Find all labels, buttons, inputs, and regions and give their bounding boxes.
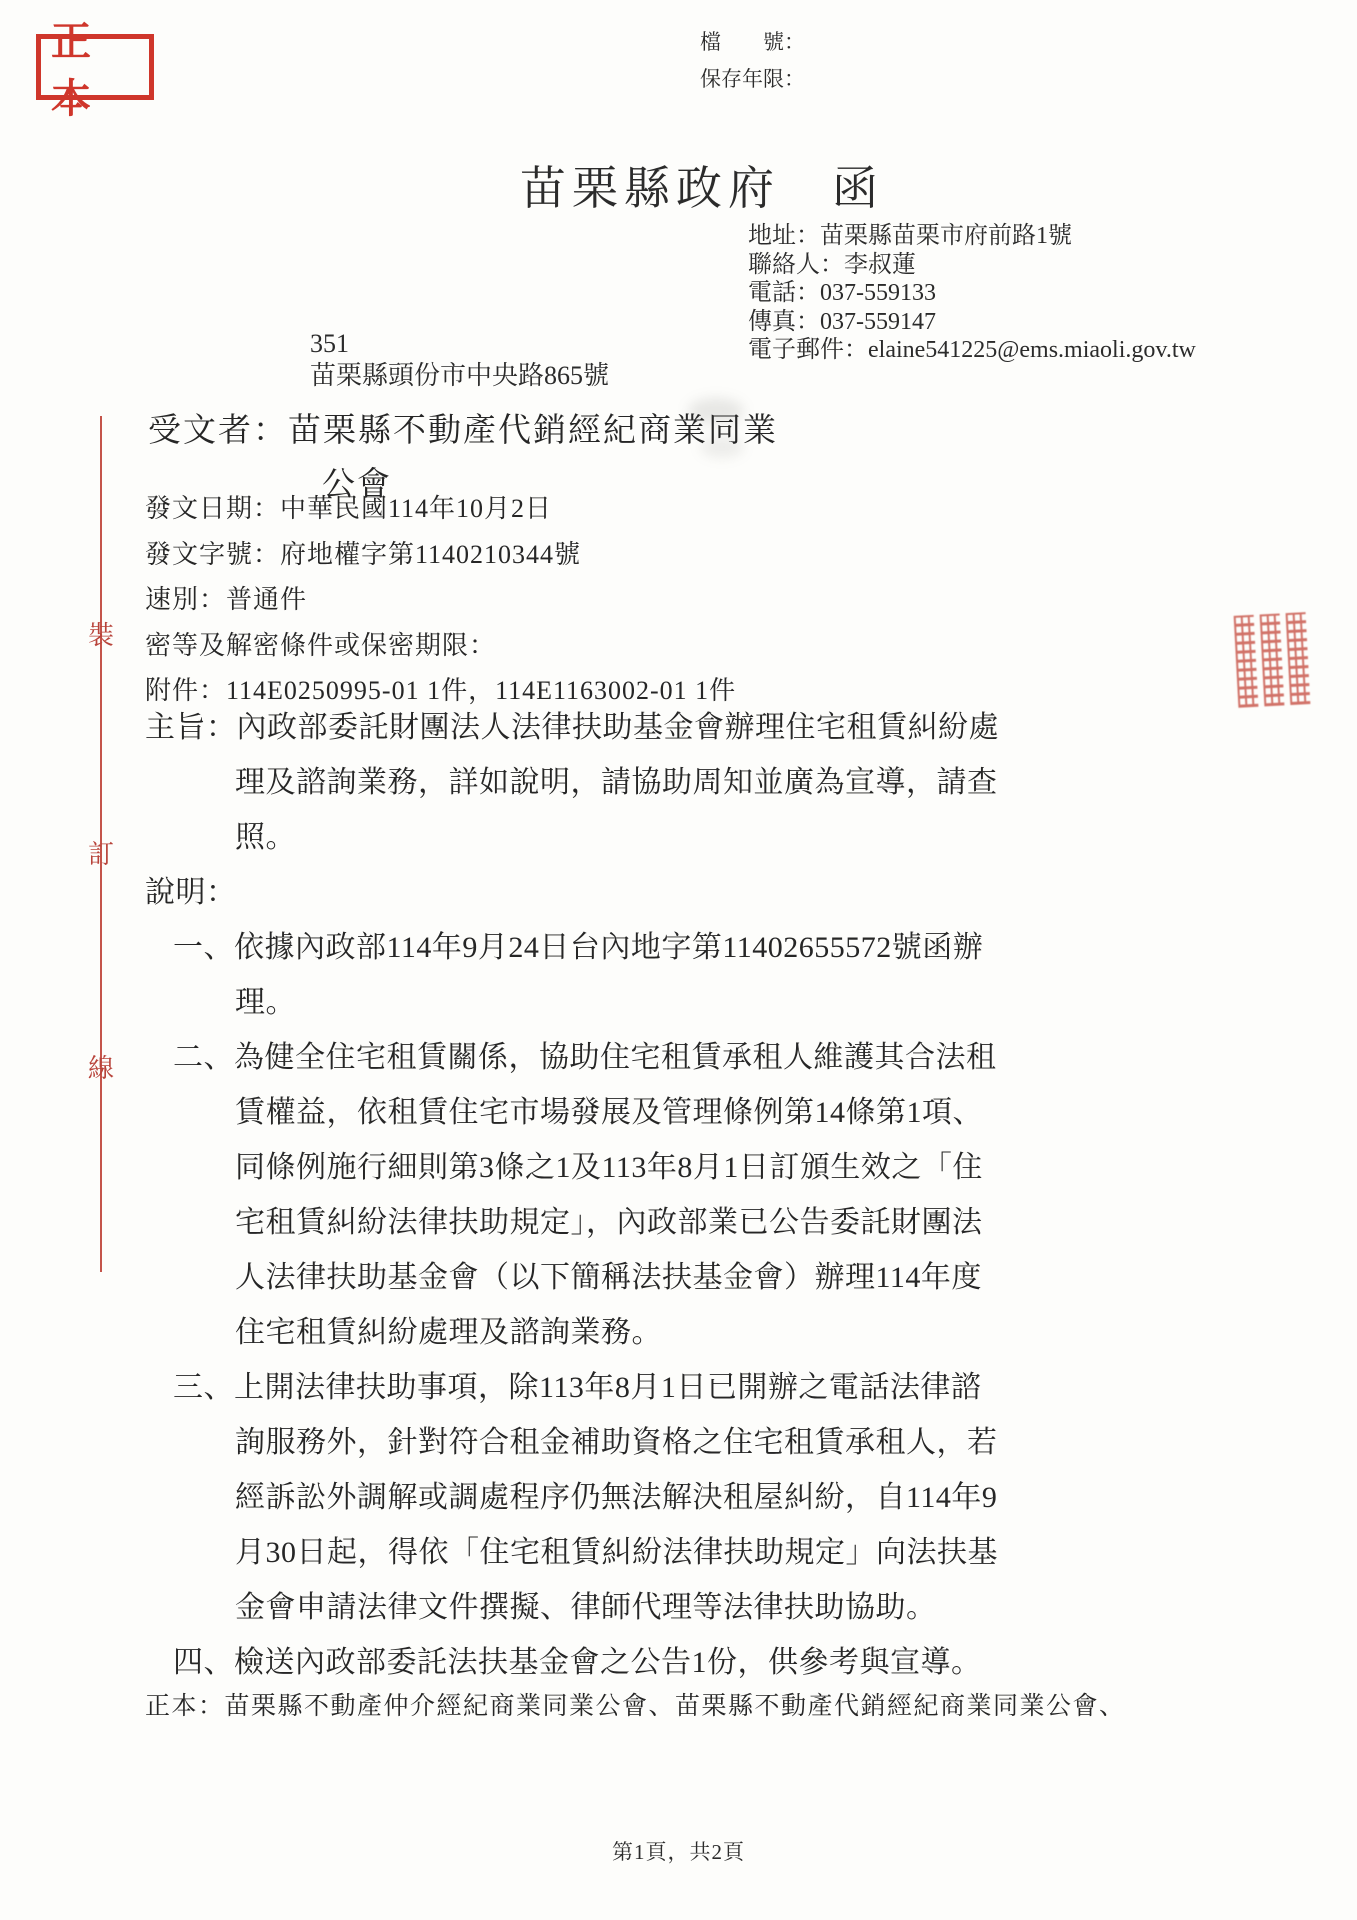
body-line: 宅租賃糾紛法律扶助規定」，內政部業已公告委託財團法 xyxy=(235,1195,1045,1250)
official-letter-page: 正本 檔 號： 保存年限： 苗栗縣政府 函 地址：苗栗縣苗栗市府前路1號 聯絡人… xyxy=(0,0,1357,1920)
binding-char-zhuang: 裝 xyxy=(87,615,115,652)
copy-to-line: 正本：苗栗縣不動產仲介經紀商業同業公會、苗栗縣不動產代銷經紀商業同業公會、 xyxy=(145,1690,1126,1724)
recipient-postal-block: 351 苗栗縣頭份市中央路865號 xyxy=(310,328,609,392)
body-line: 三、上開法律扶助事項，除113年8月1日已開辦之電話法律諮 xyxy=(173,1360,1045,1415)
body-line: 住宅租賃糾紛處理及諮詢業務。 xyxy=(235,1305,1045,1360)
original-copy-stamp: 正本 xyxy=(36,34,154,100)
document-title: 苗栗縣政府 函 xyxy=(520,152,884,218)
body-line: 一、依據內政部114年9月24日台內地字第11402655572號函辦 xyxy=(173,920,1045,975)
sender-email: 電子郵件：elaine541225@ems.miaoli.gov.tw xyxy=(748,336,1196,365)
priority-level: 速別：普通件 xyxy=(145,577,736,623)
body-line: 理。 xyxy=(235,975,1045,1030)
file-number-block: 檔 號： 保存年限： xyxy=(700,24,805,98)
binding-char-ding: 訂 xyxy=(87,834,115,871)
body-line: 月30日起，得依「住宅租賃糾紛法律扶助規定」向法扶基 xyxy=(235,1525,1045,1580)
retention-period-label: 保存年限： xyxy=(700,61,805,98)
letter-body: 主旨：內政部委託財團法人法律扶助基金會辦理住宅租賃糾紛處 理及諮詢業務，詳如說明… xyxy=(145,700,1045,1690)
body-line: 說明： xyxy=(145,865,1045,920)
body-line: 照。 xyxy=(235,810,1045,865)
body-line: 金會申請法律文件撰擬、律師代理等法律扶助協助。 xyxy=(235,1580,1045,1635)
recipient-postal-code: 351 xyxy=(310,328,609,360)
recipient-name-line1: 受文者：苗栗縣不動產代銷經紀商業同業 xyxy=(148,404,778,458)
body-line: 二、為健全住宅租賃關係，協助住宅租賃承租人維護其合法租 xyxy=(173,1030,1045,1085)
body-line: 四、檢送內政部委託法扶基金會之公告1份，供參考與宣導。 xyxy=(173,1635,1045,1690)
page-number-footer: 第1頁，共2頁 xyxy=(0,1836,1357,1866)
sender-address: 地址：苗栗縣苗栗市府前路1號 xyxy=(748,222,1196,251)
document-meta-block: 發文日期：中華民國114年10月2日 發文字號：府地權字第1140210344號… xyxy=(145,486,736,714)
sender-fax: 傳真：037-559147 xyxy=(748,308,1196,337)
body-line: 主旨：內政部委託財團法人法律扶助基金會辦理住宅租賃糾紛處 xyxy=(145,700,1045,755)
sender-contact-person: 聯絡人：李叔蓮 xyxy=(748,251,1196,280)
sender-phone: 電話：037-559133 xyxy=(748,279,1196,308)
body-line: 經訴訟外調解或調處程序仍無法解決租屋糾紛，自114年9 xyxy=(235,1470,1045,1525)
binding-char-xian: 線 xyxy=(87,1048,115,1085)
body-line: 同條例施行細則第3條之1及113年8月1日訂頒生效之「住 xyxy=(235,1140,1045,1195)
official-seal-stamp xyxy=(1230,610,1313,710)
recipient-postal-address: 苗栗縣頭份市中央路865號 xyxy=(310,360,609,392)
file-number-label: 檔 號： xyxy=(700,24,805,61)
seal-texture xyxy=(1286,612,1311,705)
document-number: 發文字號：府地權字第1140210344號 xyxy=(145,532,736,578)
body-line: 人法律扶助基金會（以下簡稱法扶基金會）辦理114年度 xyxy=(235,1250,1045,1305)
body-line: 詢服務外，針對符合租金補助資格之住宅租賃承租人，若 xyxy=(235,1415,1045,1470)
security-classification: 密等及解密條件或保密期限： xyxy=(145,623,736,669)
body-line: 理及諮詢業務，詳如說明，請協助周知並廣為宣導，請查 xyxy=(235,755,1045,810)
sender-contact-block: 地址：苗栗縣苗栗市府前路1號 聯絡人：李叔蓮 電話：037-559133 傳真：… xyxy=(748,222,1196,365)
body-line: 賃權益，依租賃住宅市場發展及管理條例第14條第1項、 xyxy=(235,1085,1045,1140)
seal-texture xyxy=(1234,615,1259,708)
issue-date: 發文日期：中華民國114年10月2日 xyxy=(145,486,736,532)
seal-texture xyxy=(1260,613,1285,706)
